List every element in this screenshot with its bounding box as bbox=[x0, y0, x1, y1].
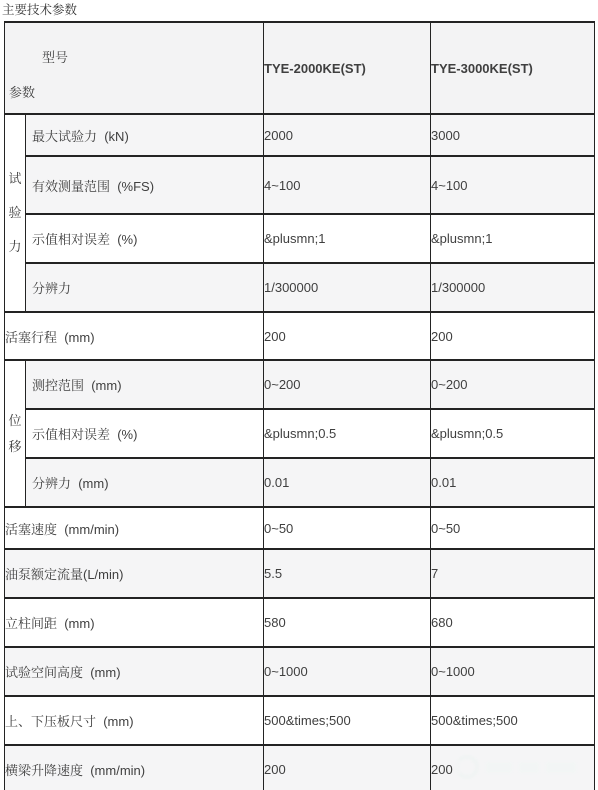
row-label: 最大试验力 (kN) bbox=[26, 114, 264, 156]
cell-value: 5.5 bbox=[264, 549, 431, 598]
cell-value: 500&times;500 bbox=[264, 696, 431, 745]
cell-value: 0~200 bbox=[264, 360, 431, 409]
cell-value: 500&times;500 bbox=[431, 696, 595, 745]
cell-value: 0~200 bbox=[431, 360, 595, 409]
cell-value: 680 bbox=[431, 598, 595, 647]
cell-value: 2000 bbox=[264, 114, 431, 156]
row-label: 分辨力 (mm) bbox=[26, 458, 264, 507]
table-row: 试验空间高度 (mm) 0~1000 0~1000 bbox=[5, 647, 595, 696]
row-label: 上、下压板尺寸 (mm) bbox=[5, 696, 264, 745]
cell-value: 0~1000 bbox=[264, 647, 431, 696]
table-row: 试验力 最大试验力 (kN) 2000 3000 bbox=[5, 114, 595, 156]
row-label: 试验空间高度 (mm) bbox=[5, 647, 264, 696]
group-label-displacement: 位移 bbox=[5, 360, 26, 507]
table-row: 位移 测控范围 (mm) 0~200 0~200 bbox=[5, 360, 595, 409]
cell-value: 1/300000 bbox=[431, 263, 595, 312]
row-label: 示值相对误差 (%) bbox=[26, 409, 264, 458]
cell-value: 200 bbox=[431, 745, 595, 790]
cell-value: 200 bbox=[264, 312, 431, 360]
table-header-row: 型号 参数 TYE-2000KE(ST) TYE-3000KE(ST) bbox=[5, 22, 595, 114]
cell-value: 200 bbox=[264, 745, 431, 790]
table-row: 横梁升降速度 (mm/min) 200 200 bbox=[5, 745, 595, 790]
cell-value: &plusmn;1 bbox=[431, 214, 595, 263]
row-label: 有效测量范围 (%FS) bbox=[26, 156, 264, 214]
table-row: 活塞行程 (mm) 200 200 bbox=[5, 312, 595, 360]
row-label: 分辨力 bbox=[26, 263, 264, 312]
spec-table: 型号 参数 TYE-2000KE(ST) TYE-3000KE(ST) 试验力 … bbox=[4, 21, 595, 790]
corner-model-label: 型号 bbox=[42, 47, 68, 66]
cell-value: &plusmn;0.5 bbox=[431, 409, 595, 458]
cell-value: 1/300000 bbox=[264, 263, 431, 312]
cell-value: 0~1000 bbox=[431, 647, 595, 696]
row-label: 活塞速度 (mm/min) bbox=[5, 507, 264, 549]
model-column-header: TYE-3000KE(ST) bbox=[431, 22, 595, 114]
row-label: 测控范围 (mm) bbox=[26, 360, 264, 409]
row-label: 油泵额定流量(L/min) bbox=[5, 549, 264, 598]
cell-value: 3000 bbox=[431, 114, 595, 156]
cell-value: 580 bbox=[264, 598, 431, 647]
table-row: 活塞速度 (mm/min) 0~50 0~50 bbox=[5, 507, 595, 549]
cell-value: 0.01 bbox=[264, 458, 431, 507]
cell-value: &plusmn;1 bbox=[264, 214, 431, 263]
cell-value: 0~50 bbox=[264, 507, 431, 549]
cell-value: 0.01 bbox=[431, 458, 595, 507]
cell-value: 0~50 bbox=[431, 507, 595, 549]
page-title: 主要技术参数 bbox=[2, 3, 598, 17]
table-row: 立柱间距 (mm) 580 680 bbox=[5, 598, 595, 647]
row-label: 立柱间距 (mm) bbox=[5, 598, 264, 647]
row-label: 横梁升降速度 (mm/min) bbox=[5, 745, 264, 790]
table-row: 上、下压板尺寸 (mm) 500&times;500 500&times;500 bbox=[5, 696, 595, 745]
group-label-test-force: 试验力 bbox=[5, 114, 26, 312]
corner-param-label: 参数 bbox=[9, 82, 35, 101]
cell-value: 200 bbox=[431, 312, 595, 360]
cell-value: 4~100 bbox=[431, 156, 595, 214]
table-row: 示值相对误差 (%) &plusmn;1 &plusmn;1 bbox=[5, 214, 595, 263]
table-row: 有效测量范围 (%FS) 4~100 4~100 bbox=[5, 156, 595, 214]
table-row: 示值相对误差 (%) &plusmn;0.5 &plusmn;0.5 bbox=[5, 409, 595, 458]
row-label: 示值相对误差 (%) bbox=[26, 214, 264, 263]
cell-value: &plusmn;0.5 bbox=[264, 409, 431, 458]
table-row: 分辨力 (mm) 0.01 0.01 bbox=[5, 458, 595, 507]
cell-value: 7 bbox=[431, 549, 595, 598]
model-column-header: TYE-2000KE(ST) bbox=[264, 22, 431, 114]
row-label: 活塞行程 (mm) bbox=[5, 312, 264, 360]
cell-value: 4~100 bbox=[264, 156, 431, 214]
corner-header-cell: 型号 参数 bbox=[5, 22, 264, 114]
table-row: 油泵额定流量(L/min) 5.5 7 bbox=[5, 549, 595, 598]
table-row: 分辨力 1/300000 1/300000 bbox=[5, 263, 595, 312]
